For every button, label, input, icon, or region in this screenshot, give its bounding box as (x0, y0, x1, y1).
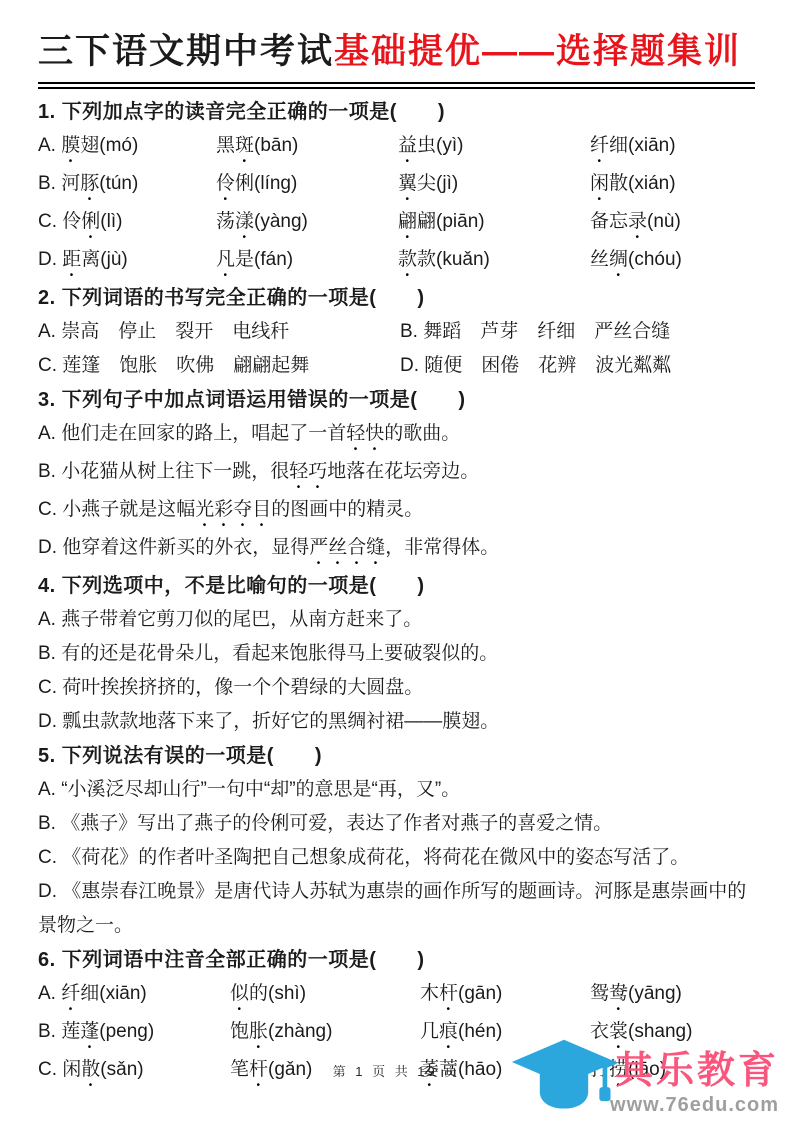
question-1-options: A. 膜翅(mó) 黑斑(bān) 益虫(yì) 纤细(xiān) B. 河豚(… (38, 129, 755, 281)
option-cell: 闲散(xián) (590, 167, 755, 205)
question-2: 2. 下列词语的书写完全正确的一项是( ) A. 崇高 停止 裂开 电线秆 B.… (38, 281, 755, 383)
question-6-stem: 6. 下列词语中注音全部正确的一项是( ) (38, 943, 755, 977)
option-cell: 鸳鸯(yāng) (590, 977, 755, 1015)
option-line: A. 燕子带着它剪刀似的尾巴，从南方赶来了。 (38, 603, 755, 637)
question-4-stem: 4. 下列选项中，不是比喻句的一项是( ) (38, 569, 755, 603)
option-cell: B. 舞蹈 芦芽 纤细 严丝合缝 (400, 315, 755, 349)
question-3-stem: 3. 下列句子中加点词语运用错误的一项是( ) (38, 383, 755, 417)
question-2-stem: 2. 下列词语的书写完全正确的一项是( ) (38, 281, 755, 315)
question-2-options: A. 崇高 停止 裂开 电线秆 B. 舞蹈 芦芽 纤细 严丝合缝 C. 莲篷 饱… (38, 315, 755, 383)
option-cell: 伶俐(líng) (216, 167, 398, 205)
page-number: 第 1 页 共 19 页 (333, 1064, 461, 1079)
option-cell: A. 崇高 停止 裂开 电线秆 (38, 315, 400, 349)
option-cell: C. 伶俐(lì) (38, 205, 216, 243)
option-cell: 备忘录(nù) (590, 205, 755, 243)
title-series-name: 基础提优——选择题集训 (334, 32, 741, 71)
option-line: D. 《惠崇春江晚景》是唐代诗人苏轼为惠崇的画作所写的题画诗。河豚是惠崇画中的景… (38, 875, 755, 943)
option-line: C. 《荷花》的作者叶圣陶把自己想象成荷花，将荷花在微风中的姿态写活了。 (38, 841, 755, 875)
option-line: B. 《燕子》写出了燕子的伶俐可爱，表达了作者对燕子的喜爱之情。 (38, 807, 755, 841)
option-cell: C. 莲篷 饱胀 吹佛 翩翩起舞 (38, 349, 400, 383)
option-cell: 似的(shì) (230, 977, 420, 1015)
brand-logo: 其乐教育 www.76edu.com (508, 1036, 779, 1116)
option-line: A. “小溪泛尽却山行”一句中“却”的意思是“再，又”。 (38, 773, 755, 807)
option-cell: 黑斑(bān) (216, 129, 398, 167)
graduation-cap-icon (508, 1036, 620, 1116)
brand-text-block: 其乐教育 www.76edu.com (610, 1050, 779, 1116)
option-cell: 翼尖(jì) (398, 167, 590, 205)
question-5: 5. 下列说法有误的一项是( ) A. “小溪泛尽却山行”一句中“却”的意思是“… (38, 739, 755, 943)
brand-name: 其乐教育 (615, 1050, 779, 1094)
brand-url: www.76edu.com (610, 1094, 779, 1116)
option-cell: 纤细(xiān) (590, 129, 755, 167)
question-5-stem: 5. 下列说法有误的一项是( ) (38, 739, 755, 773)
option-cell: B. 河豚(tún) (38, 167, 216, 205)
page-title: 三下语文期中考试基础提优——选择题集训 (38, 26, 755, 89)
option-line: A. 他们走在回家的路上，唱起了一首轻快的歌曲。 (38, 417, 755, 455)
option-cell: D. 随便 困倦 花辨 波光粼粼 (400, 349, 755, 383)
option-cell: 翩翩(piān) (398, 205, 590, 243)
option-line: C. 小燕子就是这幅光彩夺目的图画中的精灵。 (38, 493, 755, 531)
question-1: 1. 下列加点字的读音完全正确的一项是( ) A. 膜翅(mó) 黑斑(bān)… (38, 95, 755, 281)
question-3: 3. 下列句子中加点词语运用错误的一项是( ) A. 他们走在回家的路上，唱起了… (38, 383, 755, 569)
option-line: B. 小花猫从树上往下一跳，很轻巧地落在花坛旁边。 (38, 455, 755, 493)
option-cell: 丝绸(chóu) (590, 243, 755, 281)
option-cell: 凡是(fán) (216, 243, 398, 281)
option-cell: 荡漾(yàng) (216, 205, 398, 243)
option-line: B. 有的还是花骨朵儿，看起来饱胀得马上要破裂似的。 (38, 637, 755, 671)
title-exam-name: 三下语文期中考试 (38, 32, 334, 71)
option-cell: A. 膜翅(mó) (38, 129, 216, 167)
exam-page: 三下语文期中考试基础提优——选择题集训 1. 下列加点字的读音完全正确的一项是(… (0, 0, 793, 1091)
option-cell: 木杆(gān) (420, 977, 590, 1015)
question-1-stem: 1. 下列加点字的读音完全正确的一项是( ) (38, 95, 755, 129)
option-line: C. 荷叶挨挨挤挤的，像一个个碧绿的大圆盘。 (38, 671, 755, 705)
option-cell: D. 距离(jù) (38, 243, 216, 281)
option-cell: A. 纤细(xiān) (38, 977, 230, 1015)
option-cell: 饱胀(zhàng) (230, 1015, 420, 1053)
option-line: D. 他穿着这件新买的外衣，显得严丝合缝，非常得体。 (38, 531, 755, 569)
option-line: D. 瓢虫款款地落下来了，折好它的黑绸衬裙——膜翅。 (38, 705, 755, 739)
question-4: 4. 下列选项中，不是比喻句的一项是( ) A. 燕子带着它剪刀似的尾巴，从南方… (38, 569, 755, 739)
option-cell: B. 莲蓬(peng) (38, 1015, 230, 1053)
option-cell: 益虫(yì) (398, 129, 590, 167)
option-cell: 款款(kuǎn) (398, 243, 590, 281)
